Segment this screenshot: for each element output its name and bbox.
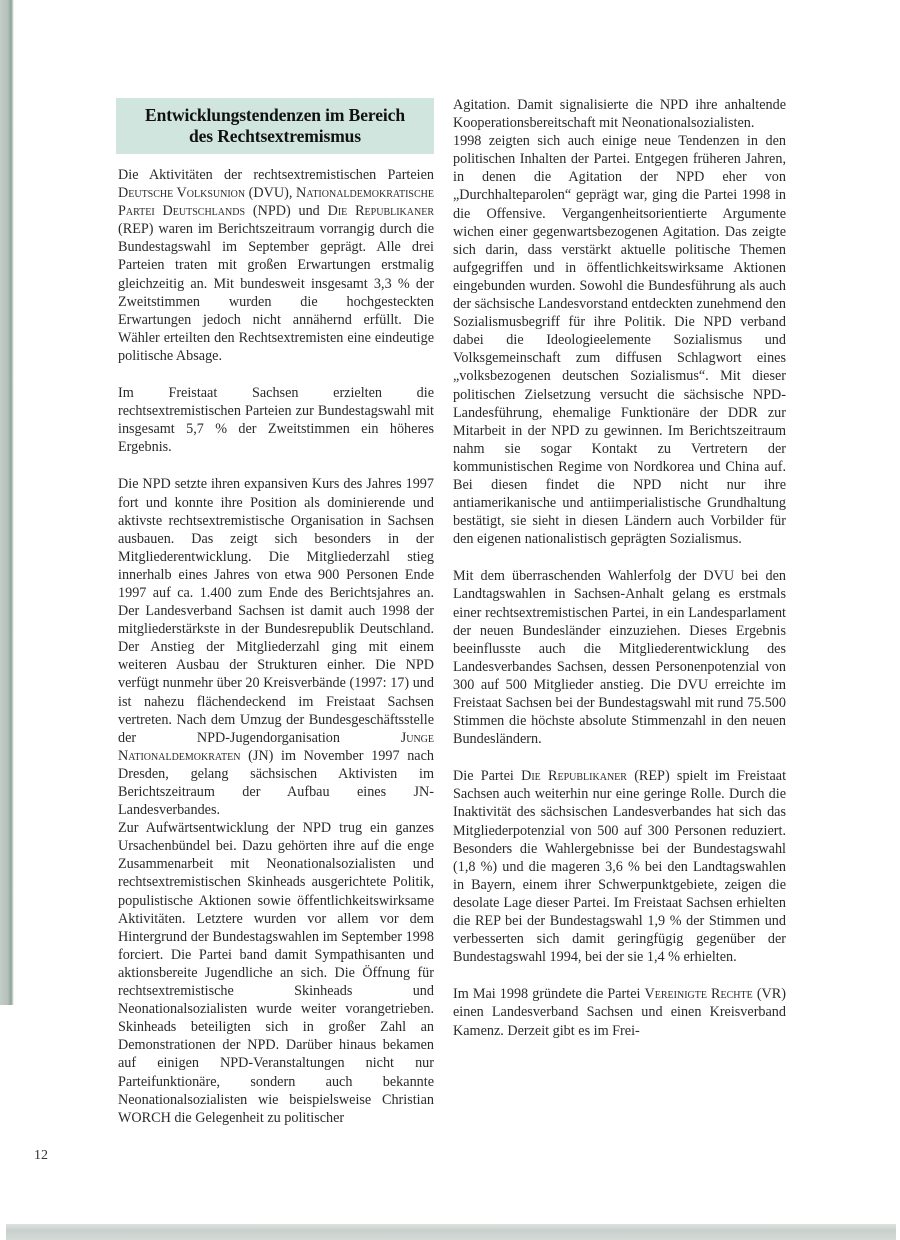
paragraph-npd-agitation: Agitation. Damit signalisierte die NPD i… — [453, 96, 786, 132]
paragraph-sachsen-result: Im Freistaat Sachsen erzielten die recht… — [118, 384, 434, 456]
page-bottom-edge — [6, 1224, 896, 1240]
paragraph-npd-new-tendencies: 1998 zeigten sich auch einige neue Tende… — [453, 132, 786, 548]
party-name-rep: Die Republikaner — [328, 203, 434, 219]
paragraph-dvu: Mit dem überraschenden Wahlerfolg der DV… — [453, 567, 786, 748]
paragraph-npd-causes: Zur Aufwärtsentwicklung der NPD trug ein… — [118, 819, 434, 1127]
left-column: Die Aktivitäten der rechtsextremistische… — [118, 166, 434, 1127]
paragraph-npd-expansion: Die NPD setzte ihren expansiven Kurs des… — [118, 475, 434, 819]
section-heading: Entwicklungstendenzen im Bereich des Rec… — [145, 105, 405, 147]
page-number: 12 — [34, 1148, 48, 1164]
party-name-rep: Die Republikaner — [521, 768, 627, 784]
section-heading-box: Entwicklungstendenzen im Bereich des Rec… — [116, 98, 434, 154]
party-name-vr: Vereinigte Rechte — [645, 986, 753, 1002]
heading-line-1: Entwicklungstendenzen im Bereich — [145, 105, 405, 125]
paragraph-vr: Im Mai 1998 gründete die Partei Vereinig… — [453, 985, 786, 1039]
right-column: Agitation. Damit signalisierte die NPD i… — [453, 96, 786, 1040]
paragraph-party-activities: Die Aktivitäten der rechtsextremistische… — [118, 166, 434, 365]
party-name-dvu: Deutsche Volksunion — [118, 185, 245, 201]
page-binding-edge — [0, 0, 14, 1005]
heading-line-2: des Rechtsextremismus — [189, 126, 361, 146]
paragraph-rep: Die Partei Die Republikaner (REP) spielt… — [453, 767, 786, 966]
